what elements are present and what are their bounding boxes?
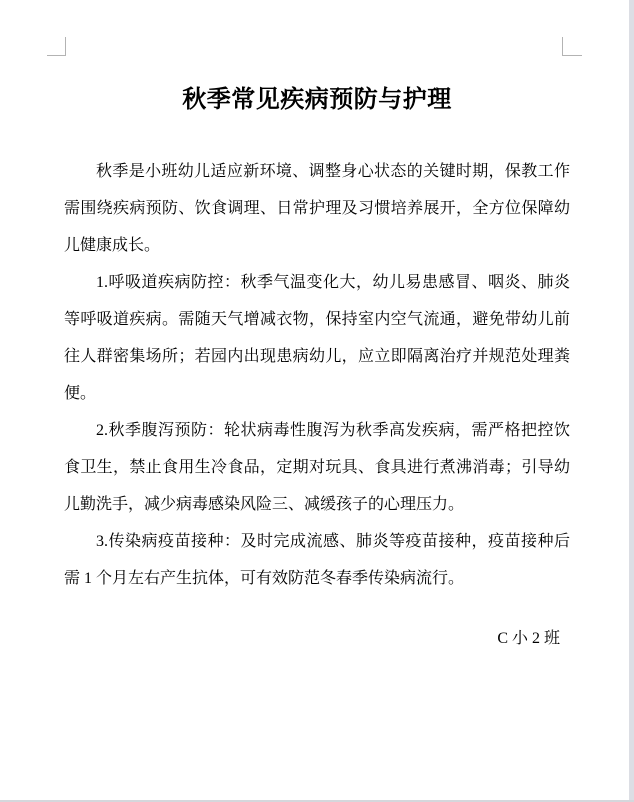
paragraph-respiratory-disease: 1.呼吸道疾病防控：秋季气温变化大，幼儿易患感冒、咽炎、肺炎 等呼吸道疾病。需随… [64, 264, 570, 412]
paragraph-line: 儿健康成长。 [64, 227, 570, 264]
paragraph-line: 3.传染病疫苗接种：及时完成流感、肺炎等疫苗接种，疫苗接种后 [64, 523, 570, 560]
paragraph-line: 秋季是小班幼儿适应新环境、调整身心状态的关键时期，保教工作 [64, 153, 570, 190]
paragraph-line: 需围绕疾病预防、饮食调理、日常护理及习惯培养展开，全方位保障幼 [64, 190, 570, 227]
paragraph-intro: 秋季是小班幼儿适应新环境、调整身心状态的关键时期，保教工作 需围绕疾病预防、饮食… [64, 153, 570, 264]
document-page: 秋季常见疾病预防与护理 秋季是小班幼儿适应新环境、调整身心状态的关键时期，保教工… [0, 0, 634, 802]
paragraph-line: 儿勤洗手，减少病毒感染风险三、减缓孩子的心理压力。 [64, 486, 570, 523]
document-title: 秋季常见疾病预防与护理 [64, 85, 570, 115]
document-body: 秋季是小班幼儿适应新环境、调整身心状态的关键时期，保教工作 需围绕疾病预防、饮食… [64, 153, 570, 597]
text-area: 秋季常见疾病预防与护理 秋季是小班幼儿适应新环境、调整身心状态的关键时期，保教工… [64, 0, 570, 657]
paragraph-line: 需 1 个月左右产生抗体，可有效防范冬春季传染病流行。 [64, 560, 570, 597]
paragraph-line: 便。 [64, 375, 570, 412]
paragraph-autumn-diarrhea: 2.秋季腹泻预防：轮状病毒性腹泻为秋季高发疾病，需严格把控饮 食卫生，禁止食用生… [64, 412, 570, 523]
class-signature: C 小 2 班 [64, 620, 570, 657]
paragraph-line: 食卫生，禁止食用生冷食品，定期对玩具、食具进行煮沸消毒；引导幼 [64, 449, 570, 486]
window-edge-right [629, 0, 634, 802]
paragraph-vaccination: 3.传染病疫苗接种：及时完成流感、肺炎等疫苗接种，疫苗接种后 需 1 个月左右产… [64, 523, 570, 597]
paragraph-line: 2.秋季腹泻预防：轮状病毒性腹泻为秋季高发疾病，需严格把控饮 [64, 412, 570, 449]
paragraph-line: 1.呼吸道疾病防控：秋季气温变化大，幼儿易患感冒、咽炎、肺炎 [64, 264, 570, 301]
paragraph-line: 往人群密集场所；若园内出现患病幼儿，应立即隔离治疗并规范处理粪 [64, 338, 570, 375]
paragraph-line: 等呼吸道疾病。需随天气增减衣物，保持室内空气流通，避免带幼儿前 [64, 301, 570, 338]
